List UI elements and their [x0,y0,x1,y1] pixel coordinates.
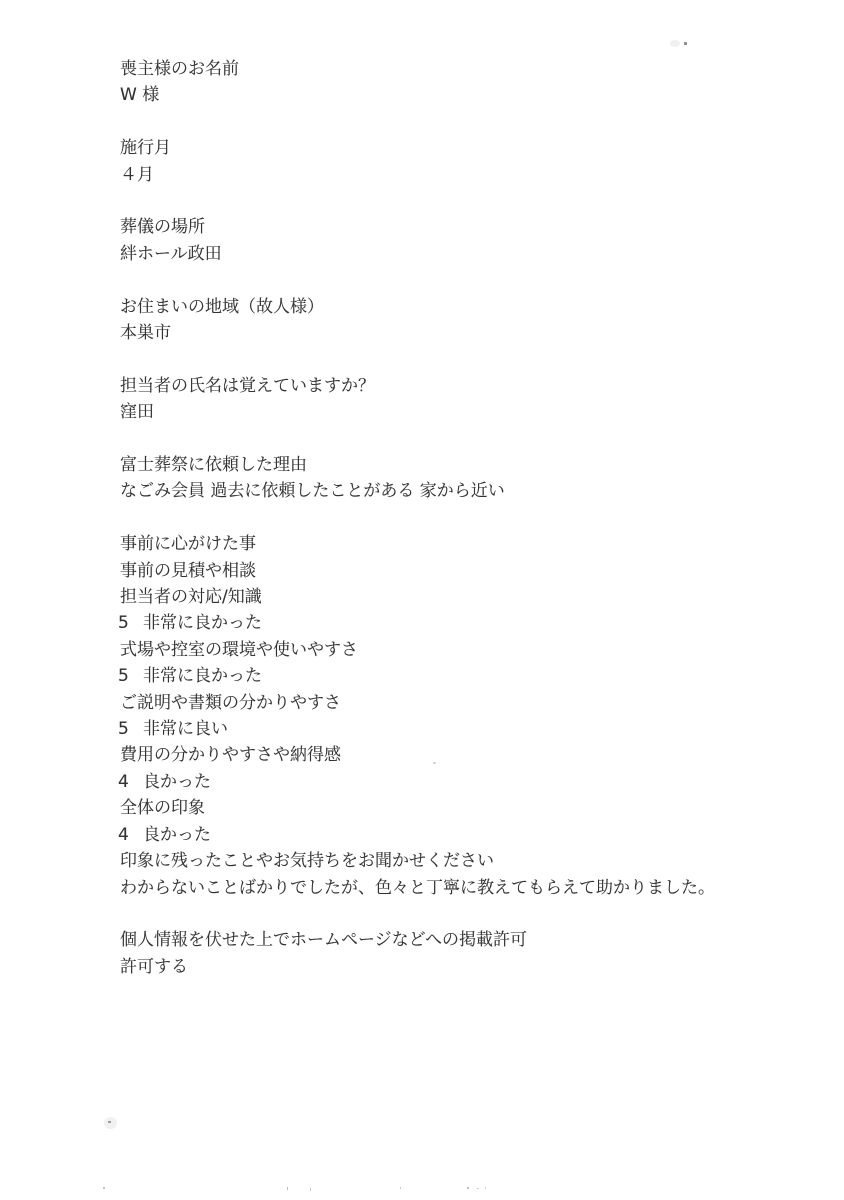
question-line: 事前に心がけた事 [120,531,780,557]
question-line: 喪主様のお名前 [120,56,780,82]
question-line: 費用の分かりやすさや納得感 [120,742,780,768]
scan-speckle [477,1188,479,1189]
qa-block: 個人情報を伏せた上でホームページなどへの掲載許可許可する [120,927,780,980]
scan-speckle [103,1187,105,1189]
qa-block: 施行月４月 [120,135,780,188]
answer-line: 4良かった [120,822,780,848]
rating-label: 良かった [143,772,211,792]
answer-line: 5非常に良かった [120,610,780,636]
rating-label: 非常に良い [143,719,228,739]
qa-block: 事前に心がけた事事前の見積や相談担当者の対応/知識5非常に良かった式場や控室の環… [120,531,780,901]
scan-speckle [670,40,680,47]
answer-line: 許可する [120,954,780,980]
survey-response-document: 喪主様のお名前W 様施行月４月葬儀の場所絆ホール政田お住まいの地域（故人様）本巣… [120,56,780,1007]
answer-line: なごみ会員 過去に依頼したことがある 家から近い [120,478,780,504]
rating-score: 4 [118,822,129,848]
scan-speckle [467,1187,469,1189]
rating-label: 非常に良かった [143,613,262,633]
answer-line: 4良かった [120,769,780,795]
answer-line: 窪田 [120,399,780,425]
scan-speckle [310,1188,311,1191]
scanned-document-page: 喪主様のお名前W 様施行月４月葬儀の場所絆ホール政田お住まいの地域（故人様）本巣… [0,0,844,1200]
question-line: 印象に残ったことやお気持ちをお聞かせください [120,848,780,874]
question-line: 式場や控室の環境や使いやすさ [120,637,780,663]
rating-score: 5 [118,610,129,636]
rating-label: 良かった [143,825,211,845]
scan-speckle [104,1117,117,1129]
rating-label: 非常に良かった [143,666,262,686]
answer-line: 絆ホール政田 [120,241,780,267]
rating-score: 5 [118,663,129,689]
answer-line: 5非常に良かった [120,663,780,689]
rating-score: 4 [118,769,129,795]
answer-line: 5非常に良い [120,716,780,742]
qa-block: 葬儀の場所絆ホール政田 [120,214,780,267]
question-line: 担当者の対応/知識 [120,584,780,610]
scan-speckle [287,1187,288,1190]
scan-speckle [684,42,687,45]
answer-line: ４月 [120,162,780,188]
question-line: 個人情報を伏せた上でホームページなどへの掲載許可 [120,927,780,953]
scan-speckle [400,1187,401,1189]
scan-speckle [485,1187,486,1189]
question-line: 全体の印象 [120,795,780,821]
question-line: お住まいの地域（故人様） [120,294,780,320]
answer-line: 本巣市 [120,320,780,346]
question-line: 富士葬祭に依頼した理由 [120,452,780,478]
question-line: ご説明や書類の分かりやすさ [120,690,780,716]
qa-block: 喪主様のお名前W 様 [120,56,780,109]
qa-block: 富士葬祭に依頼した理由なごみ会員 過去に依頼したことがある 家から近い [120,452,780,505]
rating-score: 5 [118,716,129,742]
question-line: 担当者の氏名は覚えていますか？ [120,373,780,399]
scan-speckle [108,1121,111,1123]
answer-line: 事前の見積や相談 [120,558,780,584]
qa-block: 担当者の氏名は覚えていますか？窪田 [120,373,780,426]
qa-block: お住まいの地域（故人様）本巣市 [120,294,780,347]
answer-line: W 様 [120,82,780,108]
answer-line: わからないことばかりでしたが、色々と丁寧に教えてもらえて助かりました。 [120,875,780,901]
question-line: 葬儀の場所 [120,214,780,240]
question-line: 施行月 [120,135,780,161]
